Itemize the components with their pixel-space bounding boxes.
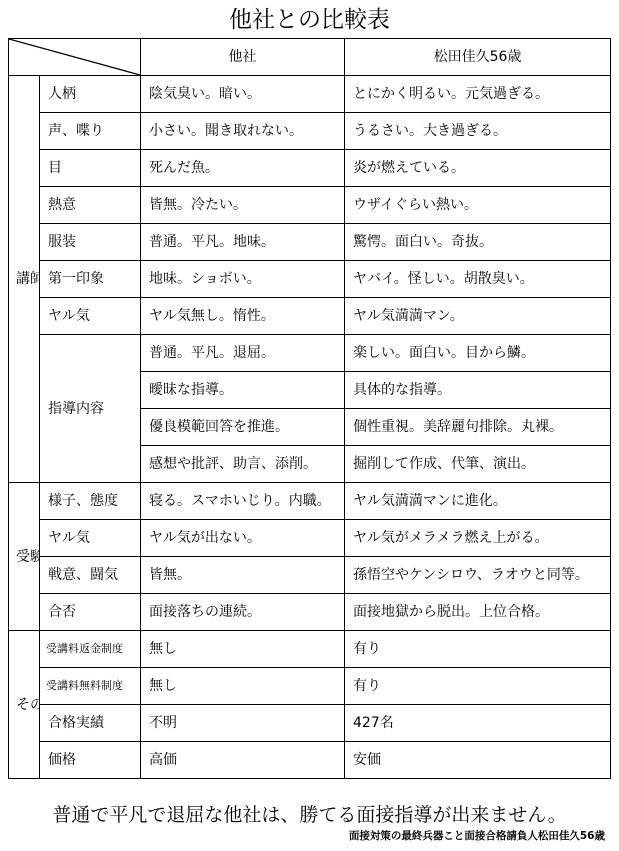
row-item: 第一印象 bbox=[40, 261, 141, 298]
cell-other: 優良模範回答を推進。 bbox=[141, 409, 345, 446]
cell-matsuda: 孫悟空やケンシロウ、ラオウと同等。 bbox=[345, 557, 611, 594]
row-item: 価格 bbox=[40, 742, 141, 779]
section-label-instructor: 講師 bbox=[9, 76, 40, 483]
cell-other: ヤル気が出ない。 bbox=[141, 520, 345, 557]
table-row: 目 死んだ魚。 炎が燃えている。 bbox=[9, 150, 611, 187]
footer-slogan: 普通で平凡で退屈な他社は、勝てる面接指導が出来ません。 bbox=[0, 803, 619, 827]
table-row: 服装 普通。平凡。地味。 驚愕。面白い。奇抜。 bbox=[9, 224, 611, 261]
cell-other: 死んだ魚。 bbox=[141, 150, 345, 187]
table-header-row: 他社 松田佳久56歳 bbox=[9, 39, 611, 76]
table-row: ヤル気 ヤル気無し。惰性。 ヤル気満満マン。 bbox=[9, 298, 611, 335]
table-row: 受験生 様子、態度 寝る。スマホいじり。内職。 ヤル気満満マンに進化。 bbox=[9, 483, 611, 520]
cell-matsuda: 具体的な指導。 bbox=[345, 372, 611, 409]
table-row: 声、喋り 小さい。聞き取れない。 うるさい。大き過ぎる。 bbox=[9, 113, 611, 150]
table-row: 熱意 皆無。冷たい。 ウザイぐらい熱い。 bbox=[9, 187, 611, 224]
table-row: 第一印象 地味。ショボい。 ヤバイ。怪しい。胡散臭い。 bbox=[9, 261, 611, 298]
cell-other: 普通。平凡。退屈。 bbox=[141, 335, 345, 372]
cell-other: ヤル気無し。惰性。 bbox=[141, 298, 345, 335]
row-item: ヤル気 bbox=[40, 520, 141, 557]
cell-other: 無し bbox=[141, 668, 345, 705]
table-row: 合否 面接落ちの連続。 面接地獄から脱出。上位合格。 bbox=[9, 594, 611, 631]
cell-other: 陰気臭い。暗い。 bbox=[141, 76, 345, 113]
row-item: 声、喋り bbox=[40, 113, 141, 150]
row-item: 服装 bbox=[40, 224, 141, 261]
row-item: 合格実績 bbox=[40, 705, 141, 742]
table-row: その他 受講料返金制度 無し 有り bbox=[9, 631, 611, 668]
cell-matsuda: ウザイぐらい熱い。 bbox=[345, 187, 611, 224]
table-row: 講師 人柄 陰気臭い。暗い。 とにかく明るい。元気過ぎる。 bbox=[9, 76, 611, 113]
table-row: 受講料無料制度 無し 有り bbox=[9, 668, 611, 705]
table-row: ヤル気 ヤル気が出ない。 ヤル気がメラメラ燃え上がる。 bbox=[9, 520, 611, 557]
table-row: 指導内容 普通。平凡。退屈。 楽しい。面白い。目から鱗。 bbox=[9, 335, 611, 372]
row-item-guidance: 指導内容 bbox=[40, 335, 141, 483]
diagonal-line-icon bbox=[9, 39, 140, 75]
cell-matsuda: ヤル気満満マン。 bbox=[345, 298, 611, 335]
cell-matsuda: ヤバイ。怪しい。胡散臭い。 bbox=[345, 261, 611, 298]
cell-matsuda: 427名 bbox=[345, 705, 611, 742]
cell-matsuda: 掘削して作成、代筆、演出。 bbox=[345, 446, 611, 483]
cell-other: 小さい。聞き取れない。 bbox=[141, 113, 345, 150]
table-row: 合格実績 不明 427名 bbox=[9, 705, 611, 742]
cell-matsuda: ヤル気がメラメラ燃え上がる。 bbox=[345, 520, 611, 557]
cell-other: 皆無。冷たい。 bbox=[141, 187, 345, 224]
header-matsuda: 松田佳久56歳 bbox=[345, 39, 611, 76]
section-label-examinee: 受験生 bbox=[9, 483, 40, 631]
cell-matsuda: 炎が燃えている。 bbox=[345, 150, 611, 187]
row-item: 人柄 bbox=[40, 76, 141, 113]
cell-matsuda: うるさい。大き過ぎる。 bbox=[345, 113, 611, 150]
footer-signature: 面接対策の最終兵器こと面接合格請負人松田佳久56歳 bbox=[349, 829, 605, 843]
cell-matsuda: 面接地獄から脱出。上位合格。 bbox=[345, 594, 611, 631]
comparison-table: 他社 松田佳久56歳 講師 人柄 陰気臭い。暗い。 とにかく明るい。元気過ぎる。… bbox=[8, 38, 611, 779]
cell-other: 高価 bbox=[141, 742, 345, 779]
cell-other: 地味。ショボい。 bbox=[141, 261, 345, 298]
cell-other: 無し bbox=[141, 631, 345, 668]
cell-other: 曖昧な指導。 bbox=[141, 372, 345, 409]
row-item: 様子、態度 bbox=[40, 483, 141, 520]
cell-other: 不明 bbox=[141, 705, 345, 742]
cell-other: 寝る。スマホいじり。内職。 bbox=[141, 483, 345, 520]
cell-other: 感想や批評、助言、添削。 bbox=[141, 446, 345, 483]
cell-matsuda: ヤル気満満マンに進化。 bbox=[345, 483, 611, 520]
cell-matsuda: 有り bbox=[345, 668, 611, 705]
corner-cell bbox=[9, 39, 141, 76]
page-title: 他社との比較表 bbox=[0, 6, 619, 34]
row-item: 熱意 bbox=[40, 187, 141, 224]
row-item: 戦意、闘気 bbox=[40, 557, 141, 594]
row-item: 受講料返金制度 bbox=[40, 631, 141, 668]
cell-matsuda: 有り bbox=[345, 631, 611, 668]
row-item: 受講料無料制度 bbox=[40, 668, 141, 705]
section-label-other: その他 bbox=[9, 631, 40, 779]
cell-other: 面接落ちの連続。 bbox=[141, 594, 345, 631]
cell-matsuda: 安価 bbox=[345, 742, 611, 779]
table-row: 価格 高価 安価 bbox=[9, 742, 611, 779]
header-other-company: 他社 bbox=[141, 39, 345, 76]
cell-other: 普通。平凡。地味。 bbox=[141, 224, 345, 261]
table-row: 戦意、闘気 皆無。 孫悟空やケンシロウ、ラオウと同等。 bbox=[9, 557, 611, 594]
cell-matsuda: 個性重視。美辞麗句排除。丸裸。 bbox=[345, 409, 611, 446]
cell-matsuda: とにかく明るい。元気過ぎる。 bbox=[345, 76, 611, 113]
row-item: 合否 bbox=[40, 594, 141, 631]
row-item: ヤル気 bbox=[40, 298, 141, 335]
cell-other: 皆無。 bbox=[141, 557, 345, 594]
cell-matsuda: 驚愕。面白い。奇抜。 bbox=[345, 224, 611, 261]
row-item: 目 bbox=[40, 150, 141, 187]
cell-matsuda: 楽しい。面白い。目から鱗。 bbox=[345, 335, 611, 372]
